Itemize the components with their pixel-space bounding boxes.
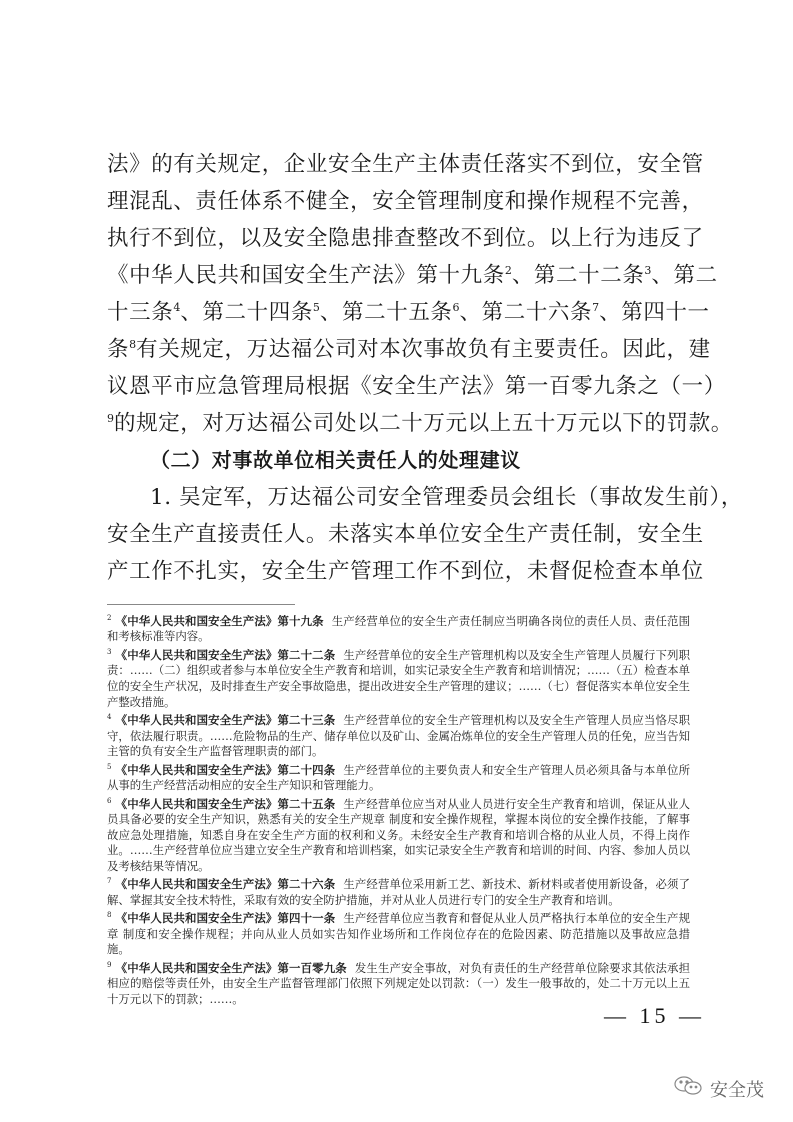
- footnote-item: 6《中华人民共和国安全生产法》第二十五条生产经营单位应当对从业人员进行安全生产教…: [107, 794, 690, 875]
- footnote-item: 5《中华人民共和国安全生产法》第二十四条生产经营单位的主要负责人和安全生产管理人…: [107, 760, 690, 794]
- document-page: 法》的有关规定，企业安全生产主体责任落实不到位，安全管 理混乱、责任体系不健全，…: [0, 0, 793, 1122]
- footnote-item: 2《中华人民共和国安全生产法》第十九条生产经营单位的安全生产责任制应当明确各岗位…: [107, 611, 690, 645]
- body-line: 理混乱、责任体系不健全，安全管理制度和操作规程不完善，: [107, 183, 690, 220]
- text-run: 的规定，对万达福公司处以二十万元以上五十万元以下的罚款。: [114, 411, 733, 436]
- text-run: 、第二十五条: [320, 300, 453, 325]
- footnote-title: 《中华人民共和国安全生产法》第一百零九条: [115, 961, 346, 975]
- text-run: 有关规定，万达福公司对本次事故负有主要责任。因此，建: [136, 337, 711, 362]
- footnote-number: 4: [107, 713, 111, 721]
- footnote-number: 8: [107, 911, 111, 919]
- body-line: 9的规定，对万达福公司处以二十万元以上五十万元以下的罚款。: [107, 405, 690, 442]
- footnote-number: 2: [107, 614, 111, 622]
- text-run: 、第二十二条: [512, 263, 645, 288]
- footnote-ref[interactable]: 2: [505, 264, 512, 277]
- footnote-number: 5: [107, 763, 111, 771]
- footnote-title: 《中华人民共和国安全生产法》第二十四条: [115, 763, 335, 777]
- footnote-number: 3: [107, 648, 111, 656]
- footnote-title: 《中华人民共和国安全生产法》第四十一条: [115, 911, 335, 925]
- footnote-item: 3《中华人民共和国安全生产法》第二十二条生产经营单位的安全生产管理机构以及安全生…: [107, 645, 690, 710]
- footnote-title: 《中华人民共和国安全生产法》第二十三条: [115, 713, 335, 727]
- text-run: 条: [107, 337, 129, 362]
- footnote-item: 9《中华人民共和国安全生产法》第一百零九条发生生产安全事故，对负有责任的生产经营…: [107, 958, 690, 1008]
- footnote-number: 7: [107, 877, 111, 885]
- watermark-label: 安全茂: [710, 1076, 764, 1102]
- text-run: 、第四十一: [599, 300, 710, 325]
- watermark: 安全茂: [672, 1074, 764, 1103]
- body-line: 执行不到位，以及安全隐患排查整改不到位。以上行为违反了: [107, 220, 690, 257]
- footnotes: 2《中华人民共和国安全生产法》第十九条生产经营单位的安全生产责任制应当明确各岗位…: [107, 611, 690, 1008]
- body-line: 安全生产直接责任人。未落实本单位安全生产责任制，安全生: [107, 516, 690, 553]
- body-text: 法》的有关规定，企业安全生产主体责任落实不到位，安全管 理混乱、责任体系不健全，…: [107, 146, 690, 590]
- section-heading: （二）对事故单位相关责任人的处理建议: [107, 442, 690, 479]
- footnote-title: 《中华人民共和国安全生产法》第二十六条: [115, 877, 335, 891]
- footnote-ref[interactable]: 9: [107, 412, 114, 425]
- body-line: 议恩平市应急管理局根据《安全生产法》第一百零九条之（一）: [107, 368, 690, 405]
- footnote-title: 《中华人民共和国安全生产法》第十九条: [115, 614, 323, 628]
- footnote-ref[interactable]: 6: [453, 301, 460, 314]
- footnote-item: 4《中华人民共和国安全生产法》第二十三条生产经营单位的安全生产管理机构以及安全生…: [107, 710, 690, 760]
- text-run: 十三条: [107, 300, 173, 325]
- footnote-number: 6: [107, 797, 111, 805]
- footnote-item: 7《中华人民共和国安全生产法》第二十六条生产经营单位采用新工艺、新技术、新材料或…: [107, 874, 690, 908]
- text-run: 《中华人民共和国安全生产法》第十九条: [107, 263, 505, 288]
- footnote-separator: [107, 604, 295, 605]
- footnote-title: 《中华人民共和国安全生产法》第二十五条: [115, 797, 335, 811]
- body-line: 1. 吴定军，万达福公司安全管理委员会组长（事故发生前），: [107, 479, 690, 516]
- body-line: 十三条4、第二十四条5、第二十五条6、第二十六条7、第四十一: [107, 294, 690, 331]
- footnote-item: 8《中华人民共和国安全生产法》第四十一条生产经营单位应当教育和督促从业人员严格执…: [107, 908, 690, 958]
- text-run: 、第二十六条: [460, 300, 593, 325]
- footnote-title: 《中华人民共和国安全生产法》第二十二条: [115, 648, 335, 662]
- text-run: 、第二: [651, 263, 717, 288]
- body-line: 条8有关规定，万达福公司对本次事故负有主要责任。因此，建: [107, 331, 690, 368]
- footnote-number: 9: [107, 961, 111, 969]
- body-line: 《中华人民共和国安全生产法》第十九条2、第二十二条3、第二: [107, 257, 690, 294]
- body-line: 法》的有关规定，企业安全生产主体责任落实不到位，安全管: [107, 146, 690, 183]
- footnote-ref[interactable]: 5: [313, 301, 320, 314]
- body-line: 产工作不扎实，安全生产管理工作不到位，未督促检查本单位: [107, 553, 690, 590]
- page-number: — 15 —: [604, 1003, 705, 1029]
- text-run: 、第二十四条: [180, 300, 313, 325]
- wechat-icon: [672, 1074, 704, 1103]
